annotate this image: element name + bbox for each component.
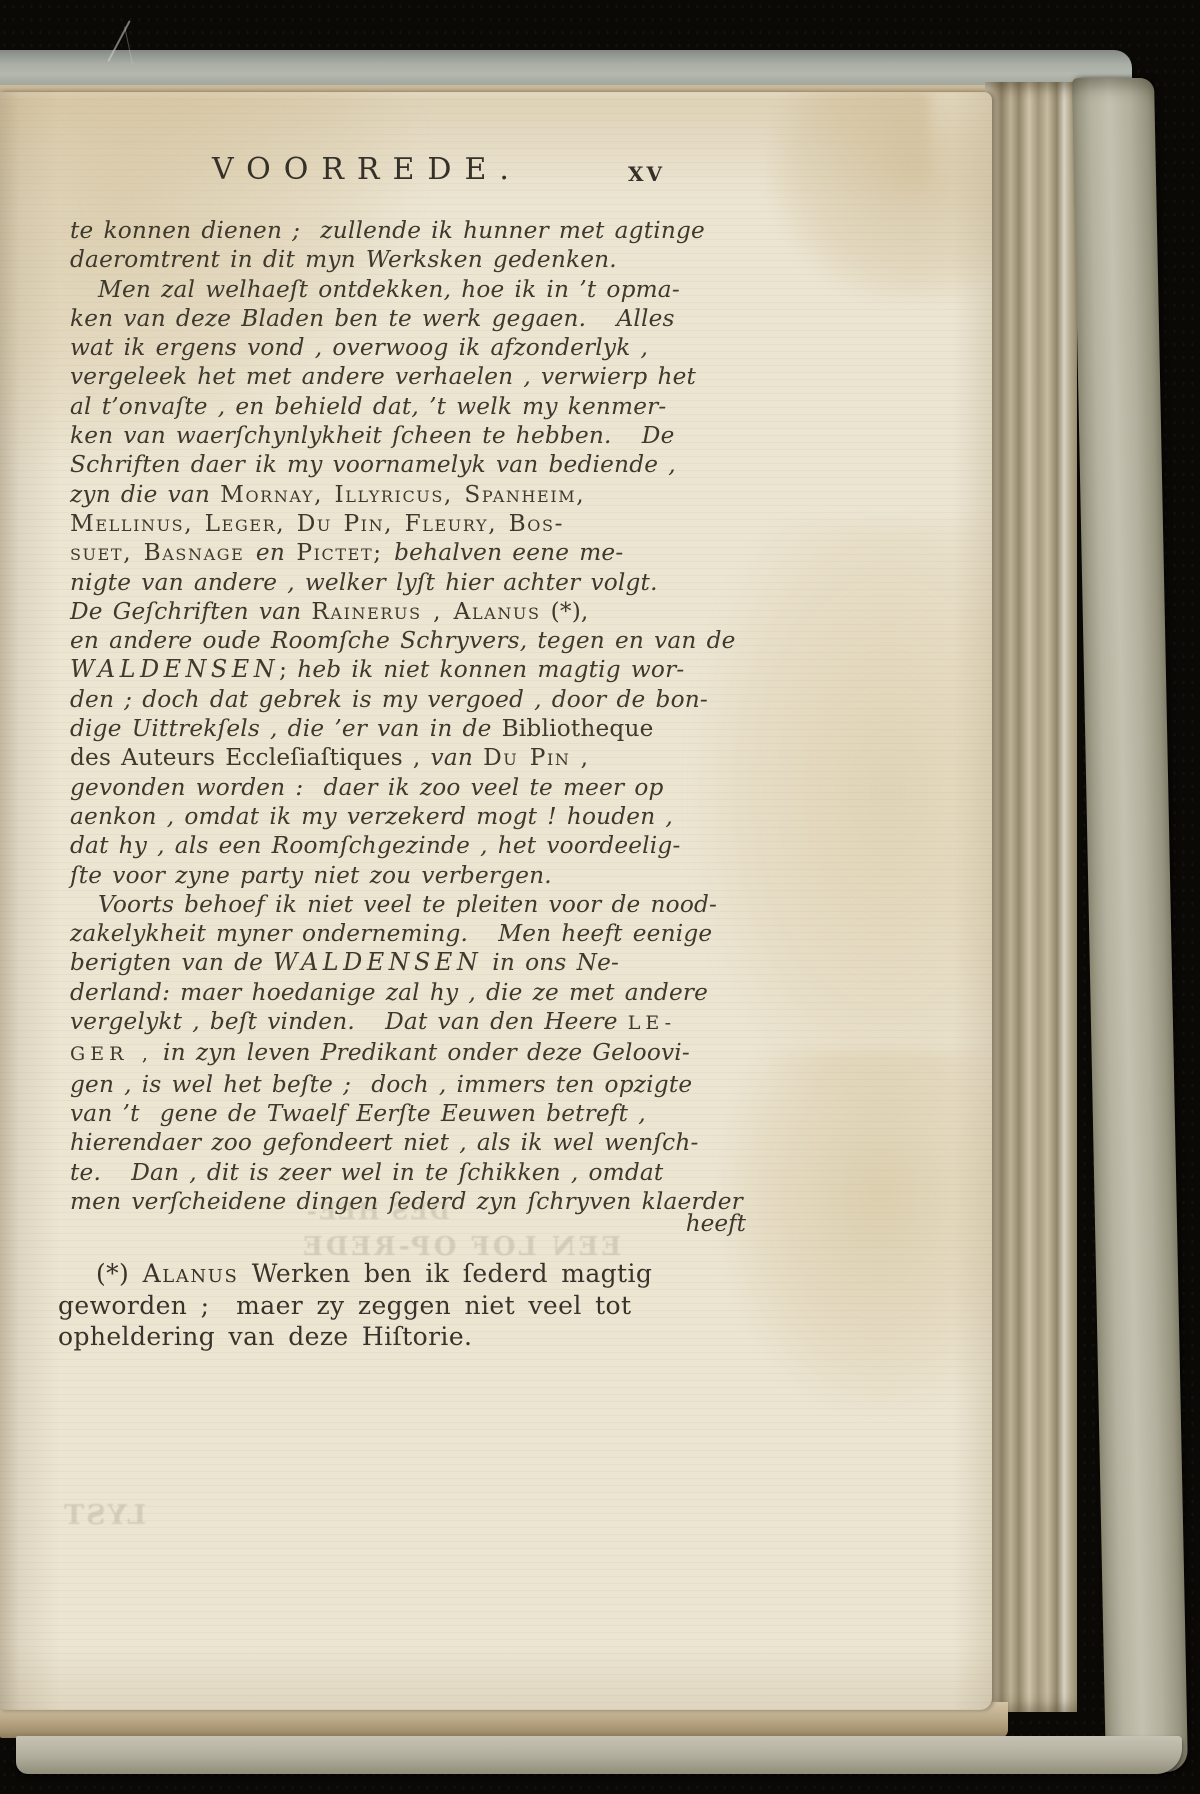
- book-fore-edge: [985, 82, 1077, 1712]
- show-through-text: EEN LOF OP-REDE: [300, 1232, 621, 1262]
- text-line: vergeleek het met andere verhaelen , ver…: [70, 362, 760, 391]
- text-line: en andere oude Roomſche Schryvers, tegen…: [70, 626, 760, 655]
- text-line: zyn die van Mornay, Illyricus, Spanheim,: [70, 480, 760, 509]
- text-line: den ; doch dat gebrek is my vergoed , do…: [70, 685, 760, 714]
- text-line: dat hy , als een Roomſchgezinde , het vo…: [70, 831, 760, 860]
- text-line: zakelykheit myner onderneming. Men heeft…: [70, 919, 760, 948]
- text-line: geworden ; maer zy zeggen niet veel tot: [58, 1290, 758, 1322]
- water-stain: [720, 1052, 992, 1412]
- footnote: (*) Alanus Werken ben ik ſederd magtigge…: [58, 1258, 758, 1353]
- text-line: hierendaer zoo gefondeert niet , als ik …: [70, 1128, 760, 1157]
- text-line: suet, Basnage en Pictet; behalven eene m…: [70, 538, 760, 567]
- text-line: al t’onvaſte , en behield dat, ’t welk m…: [70, 392, 760, 421]
- book-vellum-cover: [1072, 78, 1188, 1772]
- text-line: opheldering van deze Hiſtorie.: [58, 1321, 758, 1353]
- text-line: GER , in zyn leven Predikant onder deze …: [70, 1038, 760, 1069]
- page-number: XV: [628, 162, 665, 186]
- body-text: te konnen dienen ; zullende ik hunner me…: [70, 216, 760, 1216]
- text-line: ken van waerſchynlykheit ſcheen te hebbe…: [70, 421, 760, 450]
- text-line: aenkon , omdat ik my verzekerd mogt ! ho…: [70, 802, 760, 831]
- text-line: vergelykt , beſt vinden. Dat van den Hee…: [70, 1007, 760, 1038]
- book-top-cover-edge: [0, 50, 1132, 90]
- text-line: te konnen dienen ; zullende ik hunner me…: [70, 216, 760, 245]
- show-through-text: LYST: [62, 1500, 146, 1531]
- text-line: ſte voor zyne party niet zou verbergen.: [70, 861, 760, 890]
- text-line: ken van deze Bladen ben te werk gegaen. …: [70, 304, 760, 333]
- page-title: VOORREDE.: [212, 152, 522, 187]
- text-line: (*) Alanus Werken ben ik ſederd magtig: [58, 1258, 758, 1290]
- text-line: derland: maer hoedanige zal hy , die ze …: [70, 978, 760, 1007]
- text-line: nigte van andere , welker lyſt hier acht…: [70, 568, 760, 597]
- show-through-text: DES HEE-: [305, 1198, 450, 1225]
- photo-backdrop: { "page": { "header": { "title": "VOORRE…: [0, 0, 1200, 1794]
- text-line: berigten van de WALDENSEN in ons Ne-: [70, 948, 760, 977]
- book-page: VOORREDE. XV te konnen dienen ; zullende…: [0, 92, 992, 1710]
- text-line: Men zal welhaeſt ontdekken, hoe ik in ’t…: [70, 275, 760, 304]
- text-line: WALDENSEN; heb ik niet konnen magtig wor…: [70, 655, 760, 684]
- text-line: Voorts behoef ik niet veel te pleiten vo…: [70, 890, 760, 919]
- text-line: gen , is wel het beſte ; doch , immers t…: [70, 1070, 760, 1099]
- text-line: te. Dan , dit is zeer wel in te ſchikken…: [70, 1158, 760, 1187]
- text-line: Schriften daer ik my voornamelyk van bed…: [70, 450, 760, 479]
- text-line: wat ik ergens vond , overwoog ik afzonde…: [70, 333, 760, 362]
- text-line: daeromtrent in dit myn Werksken gedenken…: [70, 245, 760, 274]
- text-line: van ’t gene de Twaelf Eerſte Eeuwen betr…: [70, 1099, 760, 1128]
- text-line: De Geſchriften van Rainerus , Alanus (*)…: [70, 597, 760, 626]
- book-bottom-cover-edge: [16, 1736, 1182, 1774]
- water-stain: [770, 92, 992, 302]
- text-line: gevonden worden : daer ik zoo veel te me…: [70, 773, 760, 802]
- text-line: des Auteurs Eccleſiaſtiques , van Du Pin…: [70, 743, 760, 772]
- water-stain: [0, 92, 930, 207]
- text-line: Mellinus, Leger, Du Pin, Fleury, Bos-: [70, 509, 760, 538]
- text-line: dige Uittrekſels , die ’er van in de Bib…: [70, 714, 760, 743]
